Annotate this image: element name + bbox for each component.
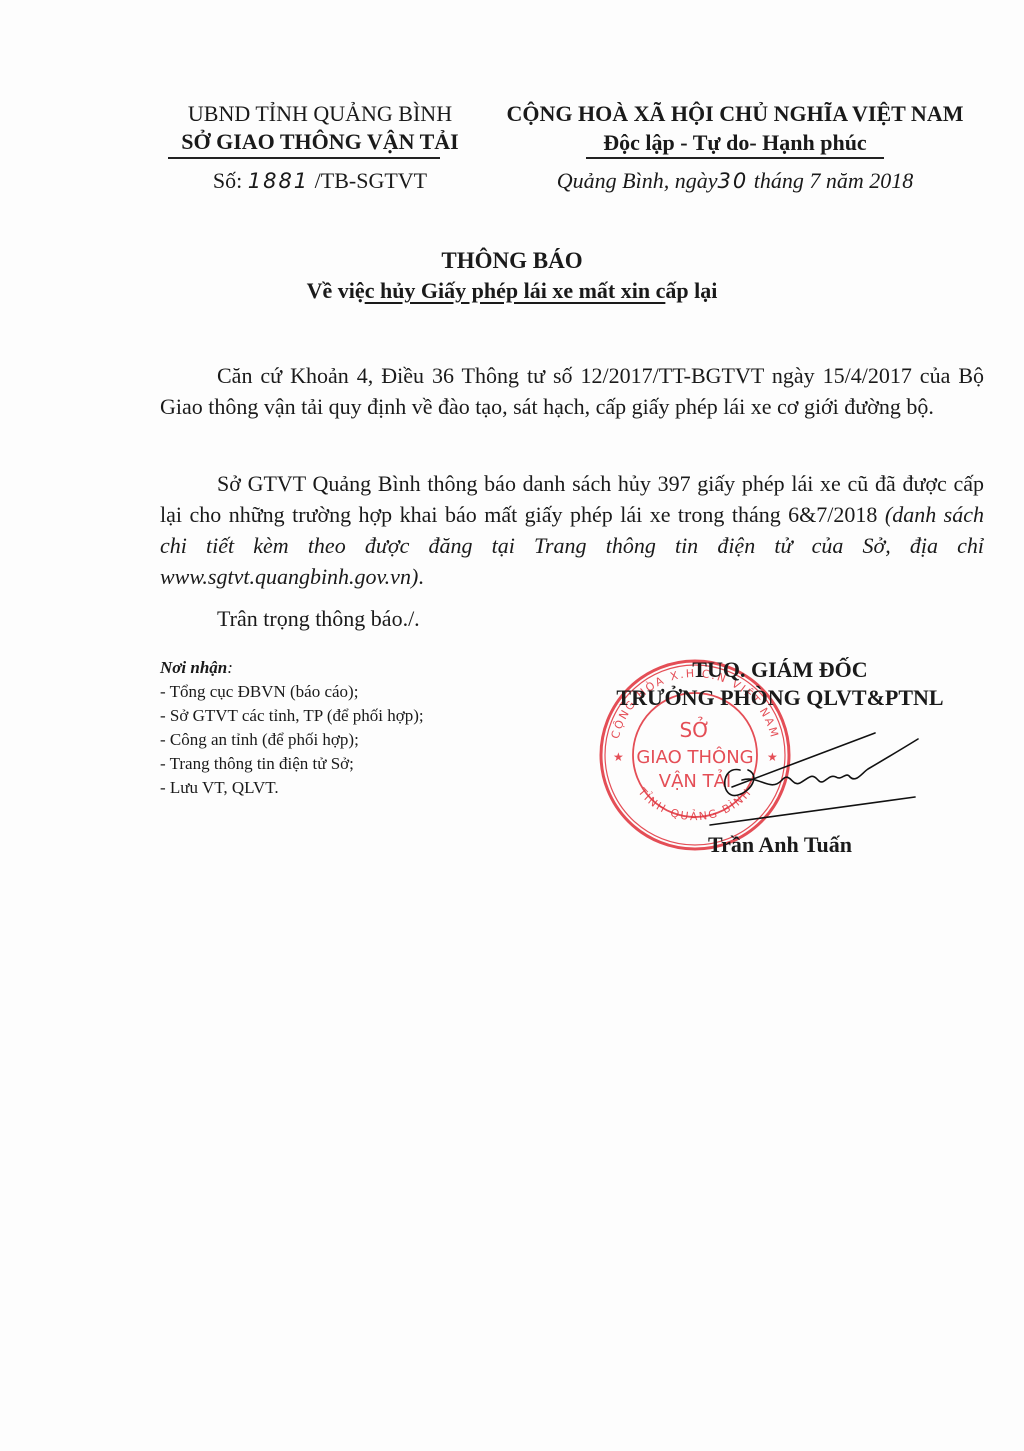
country-name: CỘNG HOÀ XÃ HỘI CHỦ NGHĨA VIỆT NAM — [480, 100, 990, 128]
handwritten-day: 30 — [717, 169, 748, 193]
parent-agency: UBND TỈNH QUẢNG BÌNH — [150, 100, 490, 128]
national-motto: Độc lập - Tự do- Hạnh phúc — [480, 128, 990, 158]
document-subtitle: Về việc hủy Giấy phép lái xe mất xin cấp… — [0, 276, 1024, 306]
body-closing: Trân trọng thông báo./. — [160, 603, 984, 634]
motto-underline — [586, 157, 884, 159]
document-title: THÔNG BÁO — [0, 246, 1024, 276]
agency-underline — [168, 157, 440, 159]
national-title-block: CỘNG HOÀ XÃ HỘI CHỦ NGHĨA VIỆT NAM Độc l… — [480, 100, 990, 158]
recipients-heading: Nơi nhận — [160, 658, 227, 677]
recipient-item: - Tổng cục ĐBVN (báo cáo); — [160, 680, 424, 704]
signature-title: TUQ. GIÁM ĐỐC TRƯỞNG PHÒNG QLVT&PTNL — [570, 656, 990, 712]
handwritten-signature-icon — [690, 725, 930, 835]
body-paragraph-announcement: Sở GTVT Quảng Bình thông báo danh sách h… — [160, 468, 984, 592]
document-date: Quảng Bình, ngày30 tháng 7 năm 2018 — [480, 168, 990, 194]
issuing-agency-block: UBND TỈNH QUẢNG BÌNH SỞ GIAO THÔNG VẬN T… — [150, 100, 490, 156]
recipient-item: - Trang thông tin điện tử Sở; — [160, 752, 424, 776]
agency-name: SỞ GIAO THÔNG VẬN TẢI — [150, 128, 490, 156]
body-paragraph-legal-basis: Căn cứ Khoản 4, Điều 36 Thông tư số 12/2… — [160, 360, 984, 422]
recipients-list: Nơi nhận: - Tổng cục ĐBVN (báo cáo); - S… — [160, 656, 424, 800]
svg-text:★: ★ — [613, 750, 624, 764]
recipient-item: - Lưu VT, QLVT. — [160, 776, 424, 800]
handwritten-number: 1881 — [248, 169, 309, 193]
signer-name: Trần Anh Tuấn — [570, 832, 990, 858]
recipient-item: - Sở GTVT các tỉnh, TP (để phối hợp); — [160, 704, 424, 728]
recipient-item: - Công an tỉnh (để phối hợp); — [160, 728, 424, 752]
document-number: Số: 1881 /TB-SGTVT — [150, 168, 490, 194]
